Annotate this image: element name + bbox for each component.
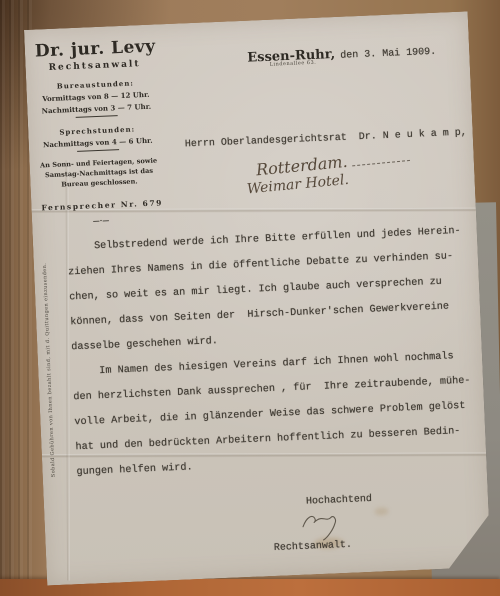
letterhead: Dr. jur. Levy Rechtsanwalt Bureaustunden… — [34, 37, 160, 227]
closed-note: An Sonn- und Feiertagen, sowie Samstag-N… — [40, 157, 159, 192]
letterhead-ornament: —·— — [42, 213, 160, 227]
sender-name: Dr. jur. Levy — [34, 37, 153, 62]
letter-body: Selbstredend werde ich Ihre Bitte erfüll… — [67, 219, 475, 485]
consultation-hours: Nachmittags von 4 — 6 Uhr. — [39, 136, 157, 150]
closing-role: Rechtsanwalt. — [274, 540, 352, 554]
office-hours-afternoon: Nachmittags von 3 — 7 Uhr. — [37, 102, 155, 116]
letter-paper: Dr. jur. Levy Rechtsanwalt Bureaustunden… — [24, 11, 491, 585]
closing-salutation: Hochachtend — [306, 494, 372, 508]
recipient-line: Herrn Oberlandesgerichtsrat Dr. N e u k … — [185, 128, 467, 151]
handwritten-underline — [352, 159, 410, 166]
letter-photograph: Dr. jur. Levy Rechtsanwalt Bureaustunden… — [0, 0, 500, 596]
paper-stain-small — [374, 507, 388, 516]
letterhead-rule — [76, 115, 118, 118]
phone-number: Fernsprecher Nr. 679 — [41, 198, 159, 212]
dateline-date: den 3. Mai 1909. — [340, 47, 436, 62]
letterhead-rule — [77, 149, 119, 152]
sender-title: Rechtsanwalt — [35, 59, 153, 74]
dateline-street: Lindenallee 63. — [270, 60, 317, 68]
